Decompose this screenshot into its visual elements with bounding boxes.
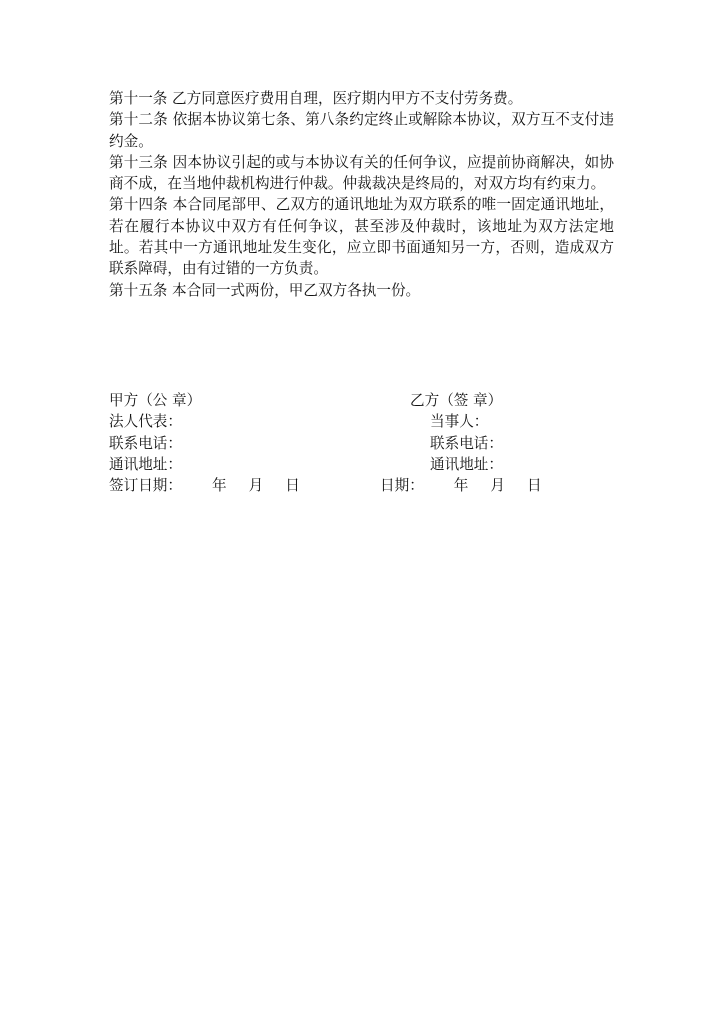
article-text: 乙方同意医疗费用自理，医疗期内甲方不支付劳务费。 [172, 90, 522, 107]
article-text: 本合同一式两份，甲乙双方各执一份。 [172, 282, 420, 299]
article-12: 第十二条 依据本协议第七条、第八条约定终止或解除本协议，双方互不支付违约金。 [109, 109, 614, 152]
party-b-title: 乙方（签 章） [380, 390, 542, 411]
year-label: 年 [454, 477, 469, 494]
article-label: 第十二条 [109, 111, 168, 128]
day-label: 日 [527, 477, 542, 494]
party-a-date-row: 签订日期：年月日 [109, 475, 300, 496]
party-b-phone-label: 联系电话： [380, 433, 542, 454]
party-b-party-label: 当事人： [380, 411, 542, 432]
article-14: 第十四条 本合同尾部甲、乙双方的通讯地址为双方联系的唯一固定通讯地址，若在履行本… [109, 194, 614, 279]
day-label: 日 [285, 477, 300, 494]
article-11: 第十一条 乙方同意医疗费用自理，医疗期内甲方不支付劳务费。 [109, 88, 614, 109]
party-a-phone-label: 联系电话： [109, 433, 300, 454]
article-text: 本合同尾部甲、乙双方的通讯地址为双方联系的唯一固定通讯地址，若在履行本协议中双方… [109, 196, 614, 277]
article-label: 第十一条 [109, 90, 167, 107]
month-label: 月 [249, 477, 264, 494]
party-a-date-label: 签订日期： [109, 477, 182, 494]
article-15: 第十五条 本合同一式两份，甲乙双方各执一份。 [109, 280, 614, 301]
party-b-date-label: 日期： [380, 477, 424, 494]
party-b-address-label: 通讯地址： [380, 454, 542, 475]
party-a-title: 甲方（公 章） [109, 390, 300, 411]
article-label: 第十四条 [109, 196, 168, 213]
party-a-signature-block: 甲方（公 章） 法人代表： 联系电话： 通讯地址： 签订日期：年月日 [109, 390, 300, 496]
article-label: 第十三条 [109, 154, 168, 171]
party-a-address-label: 通讯地址： [109, 454, 300, 475]
party-b-date-row: 日期：年月日 [380, 475, 542, 496]
article-label: 第十五条 [109, 282, 167, 299]
party-a-representative-label: 法人代表： [109, 411, 300, 432]
article-text: 因本协议引起的或与本协议有关的任何争议，应提前协商解决，如协商不成，在当地仲裁机… [109, 154, 614, 192]
article-13: 第十三条 因本协议引起的或与本协议有关的任何争议，应提前协商解决，如协商不成，在… [109, 152, 614, 195]
year-label: 年 [212, 477, 227, 494]
month-label: 月 [490, 477, 505, 494]
contract-articles: 第十一条 乙方同意医疗费用自理，医疗期内甲方不支付劳务费。 第十二条 依据本协议… [109, 88, 614, 301]
document-page: 第十一条 乙方同意医疗费用自理，医疗期内甲方不支付劳务费。 第十二条 依据本协议… [0, 0, 721, 1020]
party-b-signature-block: 乙方（签 章） 当事人： 联系电话： 通讯地址： 日期：年月日 [380, 390, 542, 496]
article-text: 依据本协议第七条、第八条约定终止或解除本协议，双方互不支付违约金。 [109, 111, 614, 149]
